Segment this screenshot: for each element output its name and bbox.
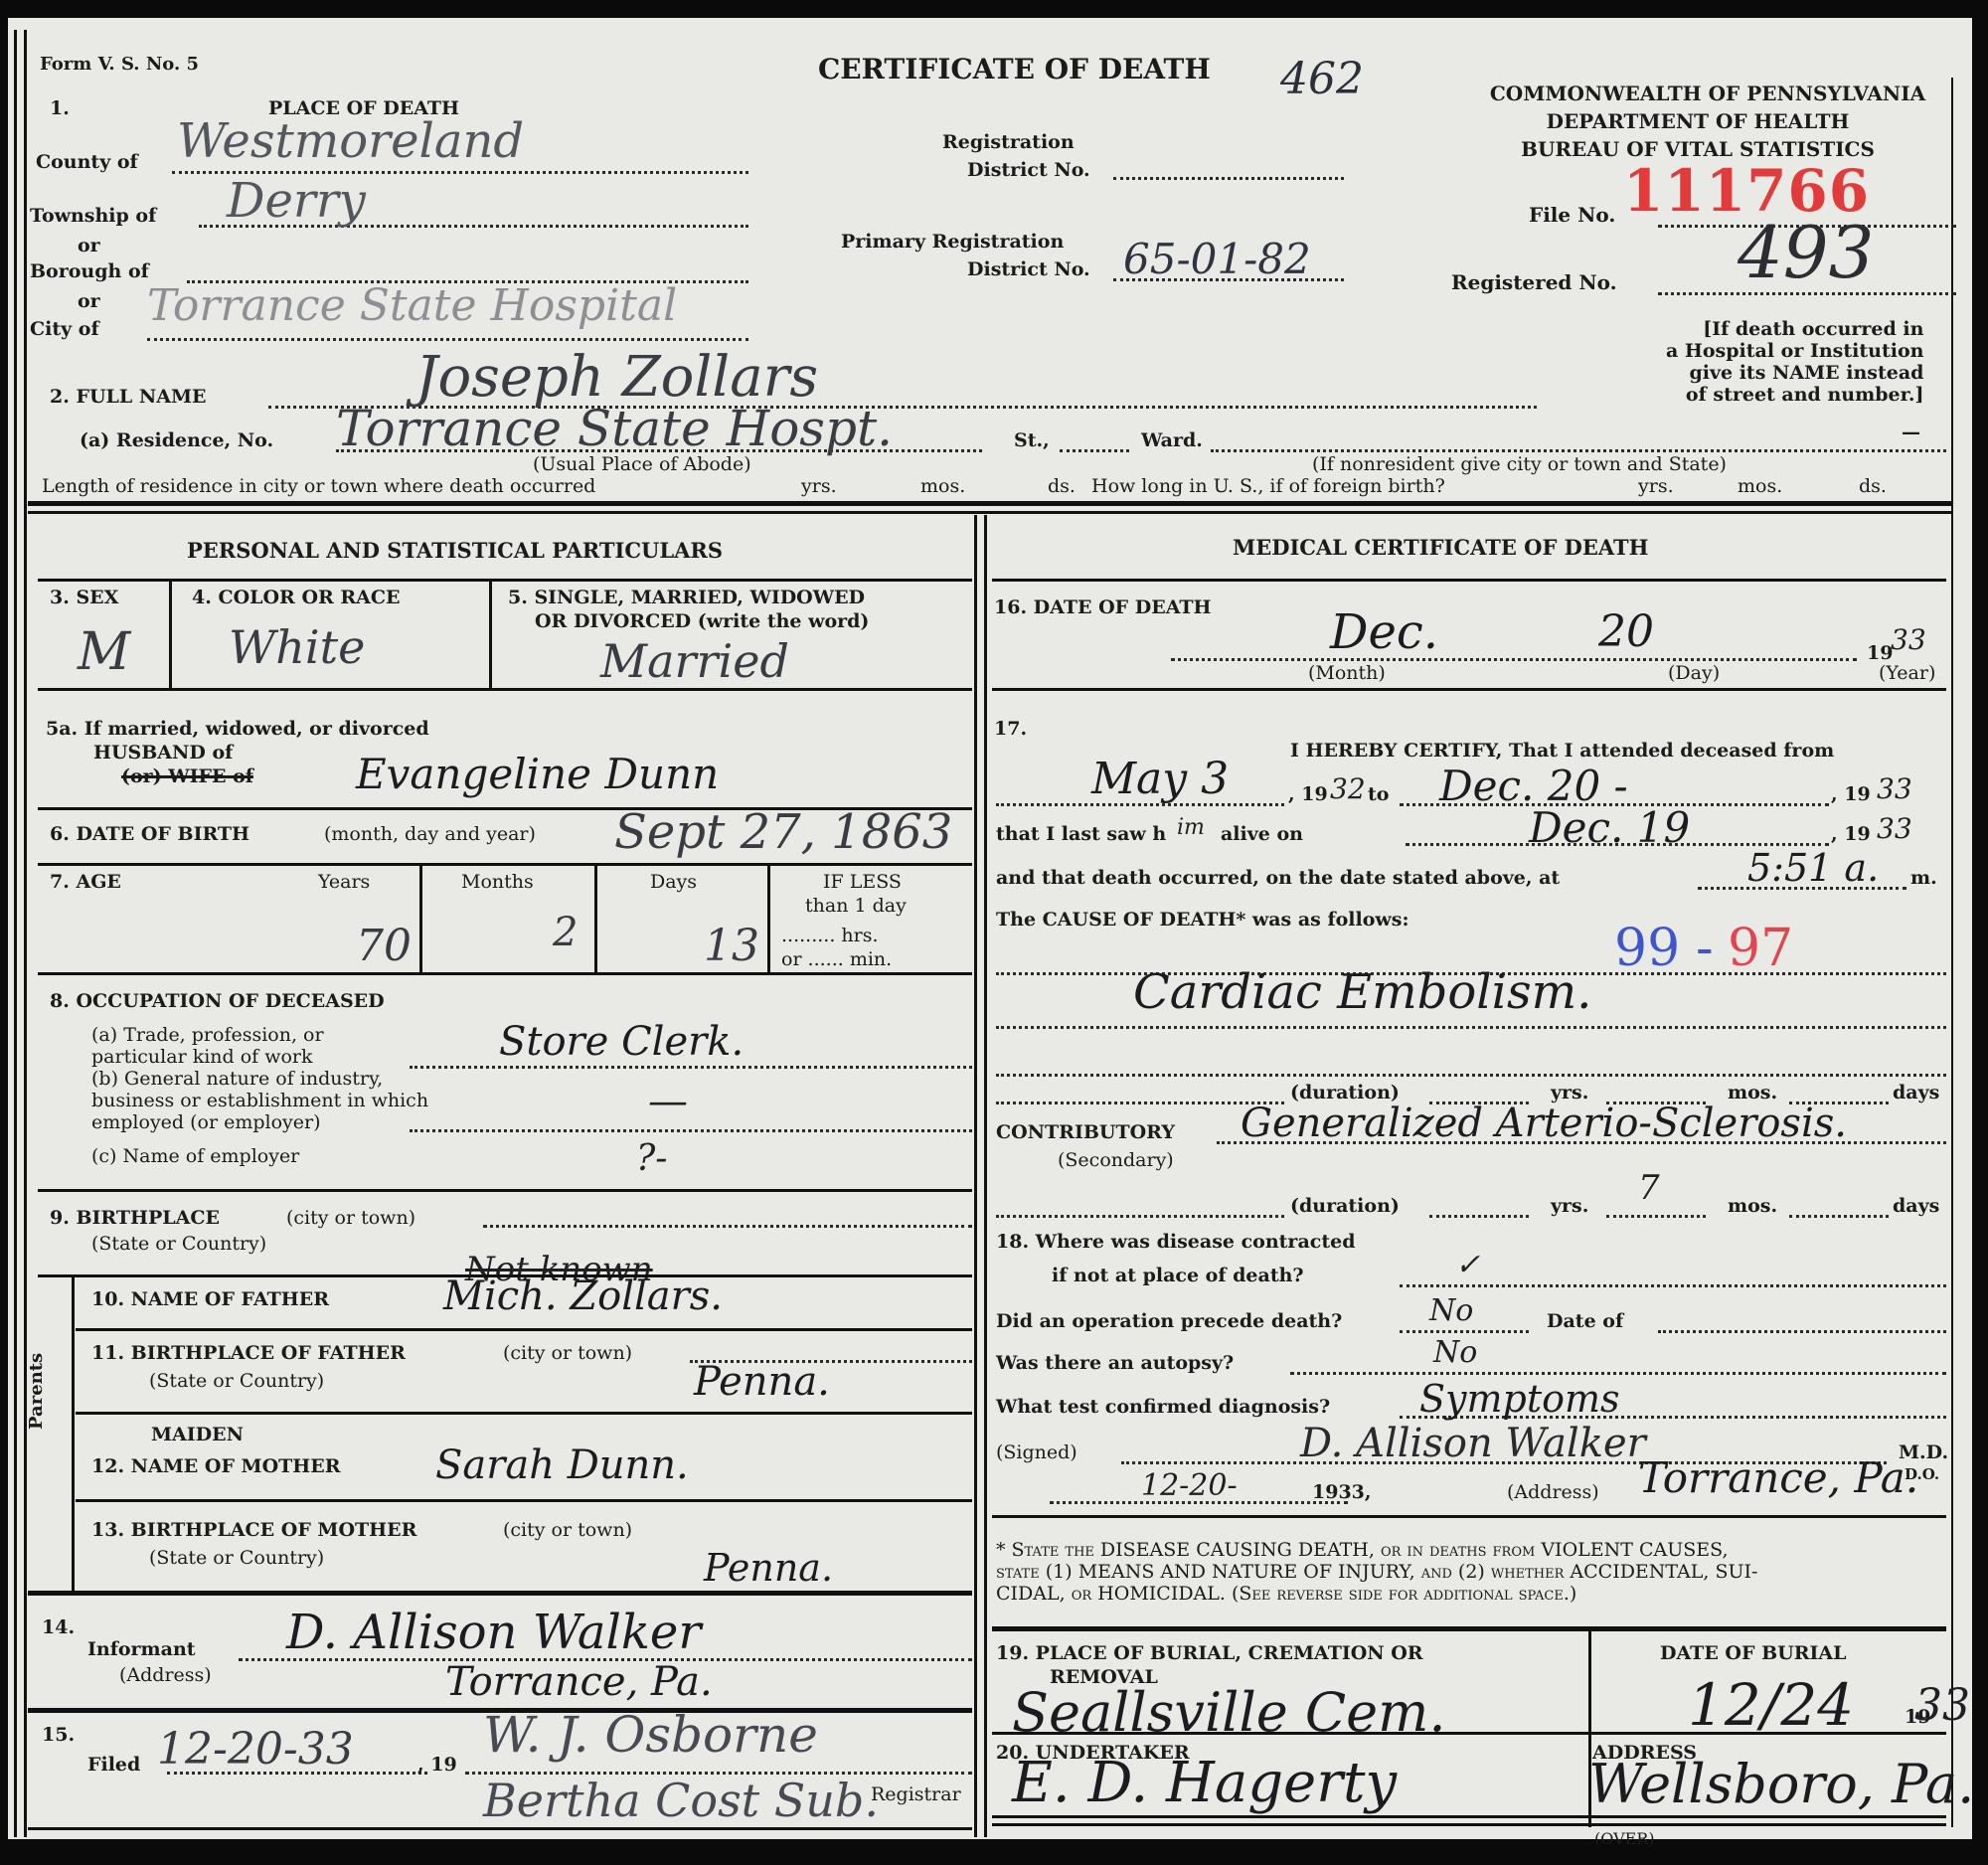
borough-label: Borough of: [30, 262, 149, 281]
right-border: [1951, 78, 1953, 1827]
foreign-birth-label: How long in U. S., if of foreign birth?: [1091, 477, 1445, 496]
last-saw-value: Dec. 19: [1529, 807, 1690, 849]
last-saw-year: 33: [1877, 815, 1912, 843]
registration-district-label: District No.: [967, 161, 1090, 180]
father-value: Mich. Zollars.: [443, 1276, 723, 1316]
disease-contracted-value: ✓: [1455, 1251, 1480, 1280]
autopsy-label: Was there an autopsy?: [996, 1354, 1234, 1373]
death-day-value: 20: [1598, 610, 1654, 654]
birthplace-label: 9. BIRTHPLACE: [50, 1209, 220, 1228]
footnote-line-3: CIDAL, or HOMICIDAL. (See reverse side f…: [996, 1585, 1576, 1604]
county-value: Westmoreland: [177, 117, 524, 165]
death-time-label: and that death occurred, on the date sta…: [996, 869, 1560, 888]
medical-heading: MEDICAL CERTIFICATE OF DEATH: [1233, 537, 1649, 558]
father-birthplace-label: 11. BIRTHPLACE OF FATHER: [91, 1344, 406, 1363]
occupation-industry-value: —: [648, 1082, 688, 1121]
agency-line-3: BUREAU OF VITAL STATISTICS: [1439, 139, 1956, 159]
burial-place-label: 19. PLACE OF BURIAL, CREMATION OR: [996, 1644, 1423, 1663]
filed-label: Filed: [87, 1756, 140, 1775]
usual-abode-caption: (Usual Place of Abode): [533, 455, 751, 474]
age-years-value: 70: [356, 925, 412, 968]
death-certificate: Form V. S. No. 5 CERTIFICATE OF DEATH 46…: [8, 18, 1972, 1839]
left-border: [14, 30, 17, 1837]
length-of-residence-label: Length of residence in city or town wher…: [42, 477, 595, 496]
cause-of-death-label: The CAUSE OF DEATH* was as follows:: [996, 911, 1409, 930]
spouse-label: 5a. If married, widowed, or divorced: [46, 720, 429, 739]
over-note: (OVER): [1594, 1831, 1655, 1847]
spouse-value: Evangeline Dunn: [356, 754, 719, 795]
father-birthplace-value: Penna.: [694, 1362, 830, 1402]
city-label: City of: [30, 320, 99, 339]
mother-birthplace-value: Penna.: [704, 1549, 833, 1587]
contributory-value: Generalized Arterio-Sclerosis.: [1241, 1103, 1847, 1143]
age-months-value: 2: [553, 913, 578, 952]
file-no-label: File No.: [1529, 205, 1615, 225]
certify-text: I HEREBY CERTIFY, That I attended deceas…: [1290, 742, 1834, 761]
registration-label: Registration: [942, 133, 1075, 152]
disease-contracted-label: 18. Where was disease contracted: [996, 1233, 1355, 1252]
marital-label: 5. SINGLE, MARRIED, WIDOWED: [508, 589, 865, 607]
left-border-inner: [24, 30, 27, 1837]
residence-label: (a) Residence, No.: [80, 431, 273, 450]
death-year-value: 33: [1891, 626, 1926, 654]
primary-district-label: District No.: [967, 260, 1090, 279]
full-name-value: Joseph Zollars: [415, 350, 818, 406]
autopsy-value: No: [1433, 1338, 1477, 1368]
mother-label: 12. NAME OF MOTHER: [91, 1457, 341, 1476]
parents-label: Parents: [28, 1353, 46, 1430]
sex-value: M: [78, 626, 130, 678]
death-month-value: Dec.: [1330, 608, 1438, 656]
age-days-value: 13: [704, 925, 759, 968]
signed-date-value: 12-20-: [1141, 1471, 1238, 1501]
cause-of-death-value: Cardiac Embolism.: [1133, 968, 1591, 1016]
dob-value: Sept 27, 1863: [614, 808, 952, 856]
employer-name-value: ?-: [636, 1141, 667, 1177]
agency-line-1: COMMONWEALTH OF PENNSYLVANIA: [1439, 84, 1976, 103]
undertaker-address-value: Wellsboro, Pa.: [1588, 1758, 1974, 1811]
marital-value: Married: [600, 638, 789, 684]
physician-address-value: Torrance, Pa.: [1638, 1457, 1918, 1499]
registrar-deputy-signature: Bertha Cost Sub.: [483, 1778, 879, 1823]
mother-birthplace-label: 13. BIRTHPLACE OF MOTHER: [91, 1521, 416, 1540]
handwritten-number: 462: [1280, 58, 1364, 101]
operation-value: No: [1429, 1296, 1473, 1326]
burial-date-value: 12/24: [1688, 1676, 1854, 1734]
last-saw-pronoun: im: [1177, 817, 1205, 839]
race-value: White: [229, 624, 365, 670]
filed-date-value: 12-20-33: [157, 1728, 354, 1772]
township-label: Township of: [30, 207, 156, 226]
attended-to-year: 33: [1877, 775, 1912, 803]
test-confirmed-label: What test confirmed diagnosis?: [996, 1398, 1330, 1417]
agency-line-2: DEPARTMENT OF HEALTH: [1439, 111, 1956, 131]
section-divider: [28, 501, 1951, 506]
occupation-trade-value: Store Clerk.: [499, 1022, 744, 1062]
age-label: 7. AGE: [50, 873, 121, 892]
informant-label: Informant: [87, 1640, 196, 1659]
primary-district-number: 65-01-82: [1123, 239, 1311, 280]
registrar-label: Registrar: [871, 1785, 961, 1804]
attended-from-year: 32: [1330, 775, 1366, 803]
contributory-duration-months: 7: [1638, 1171, 1660, 1205]
city-value: Torrance State Hospital: [147, 284, 677, 328]
physician-signature: D. Allison Walker: [1300, 1424, 1646, 1463]
residence-value: Torrance State Hospt.: [336, 404, 893, 453]
father-label: 10. NAME OF FATHER: [91, 1290, 329, 1309]
footnote-line-1: * State the DISEASE CAUSING DEATH, or in…: [996, 1541, 1729, 1560]
race-label: 4. COLOR OR RACE: [192, 589, 401, 607]
certificate-title: CERTIFICATE OF DEATH: [818, 56, 1211, 84]
burial-date-label: DATE OF BURIAL: [1660, 1644, 1846, 1663]
county-label: County of: [36, 153, 138, 172]
registered-no-label: Registered No.: [1451, 272, 1617, 292]
primary-registration-label: Primary Registration: [841, 233, 1064, 252]
registrar-signature: W. J. Osborne: [483, 1710, 818, 1760]
hospital-note: [If death occurred in a Hospital or Inst…: [1666, 318, 1923, 406]
undertaker-value: E. D. Hagerty: [1012, 1756, 1397, 1811]
mother-value: Sarah Dunn.: [435, 1445, 689, 1485]
informant-value: D. Allison Walker: [286, 1609, 701, 1656]
full-name-label: 2. FULL NAME: [50, 388, 206, 407]
occupation-heading: 8. OCCUPATION OF DECEASED: [50, 992, 385, 1011]
ward-label: Ward.: [1141, 431, 1203, 450]
cause-code-blue: 99: [1614, 923, 1680, 974]
cause-code-red: 97: [1728, 923, 1793, 974]
nonresident-caption: (If nonresident give city or town and St…: [1312, 455, 1727, 474]
form-number: Form V. S. No. 5: [40, 56, 199, 74]
informant-address-value: Torrance, Pa.: [445, 1662, 713, 1702]
attended-from-value: May 3: [1091, 758, 1229, 801]
test-confirmed-value: Symptoms: [1419, 1380, 1620, 1418]
date-of-death-label: 16. DATE OF DEATH: [994, 598, 1212, 617]
operation-label: Did an operation precede death?: [996, 1312, 1342, 1331]
death-time-value: 5:51 a.: [1747, 849, 1879, 887]
attended-to-value: Dec. 20 -: [1439, 765, 1628, 807]
footnote-line-2: state (1) MEANS AND NATURE OF INJURY, an…: [996, 1563, 1757, 1582]
center-divider: [974, 515, 977, 1837]
township-value: Derry: [227, 177, 366, 225]
sex-label: 3. SEX: [50, 589, 118, 607]
burial-year-value: 33: [1914, 1684, 1970, 1728]
registered-number: 493: [1738, 217, 1874, 288]
dob-label: 6. DATE OF BIRTH: [50, 825, 249, 844]
contributory-label: CONTRIBUTORY: [996, 1123, 1175, 1142]
personal-heading: PERSONAL AND STATISTICAL PARTICULARS: [187, 540, 723, 561]
